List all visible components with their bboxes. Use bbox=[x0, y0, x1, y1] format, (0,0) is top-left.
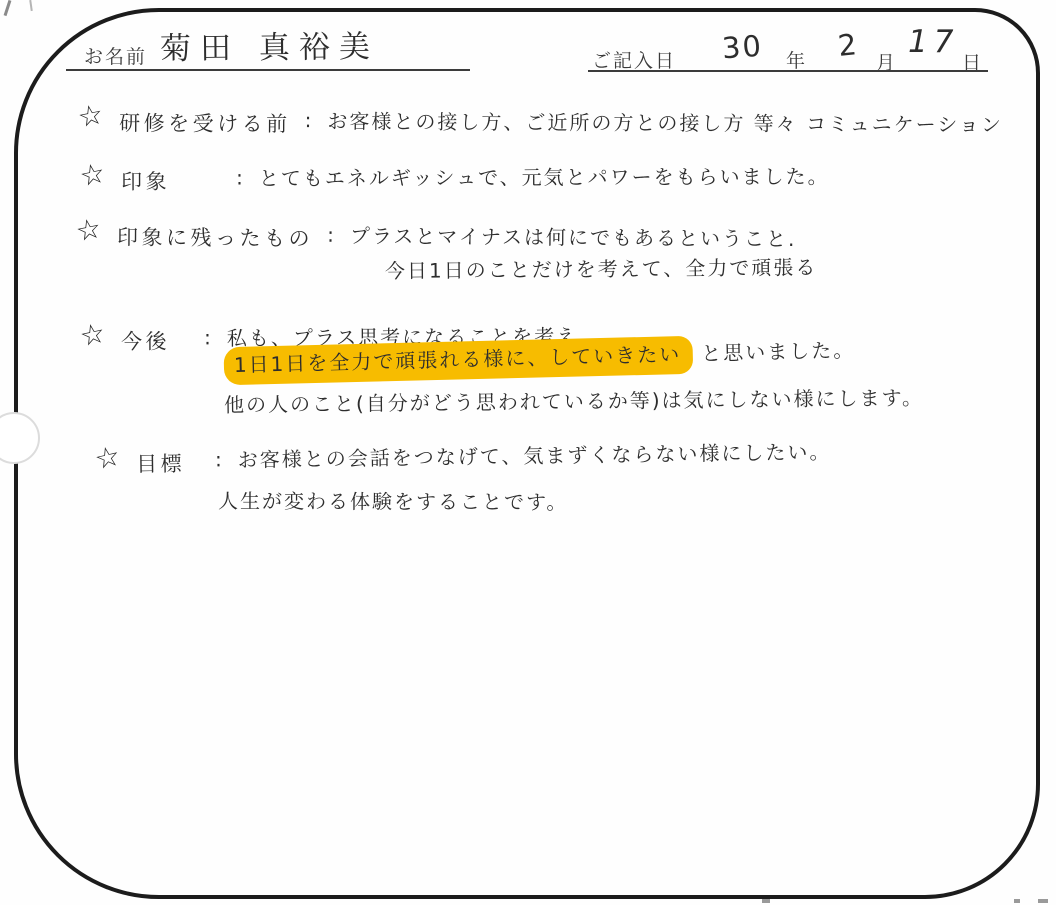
entry-separator: : bbox=[327, 223, 336, 247]
entry-label: 今後 bbox=[121, 326, 170, 356]
date-underline bbox=[588, 70, 988, 72]
entry-text: お客様との会話をつなげて、気まずくならない様にしたい。 bbox=[238, 439, 832, 474]
name-label: お名前 bbox=[84, 42, 147, 69]
date-month-value: 2 bbox=[836, 27, 860, 63]
entry-separator: : bbox=[204, 325, 213, 349]
entry-text: とてもエネルギッシュで、元気とパワーをもらいました。 bbox=[259, 163, 830, 192]
scanned-feedback-form: お名前 菊田 真裕美 ご記入日 30 年 2 月 17 日 ☆ 研修を受ける前 … bbox=[0, 0, 1056, 905]
entry-label: 研修を受ける前 bbox=[119, 107, 291, 138]
entry-separator: : bbox=[236, 165, 245, 189]
form-content: お名前 菊田 真裕美 ご記入日 30 年 2 月 17 日 ☆ 研修を受ける前 … bbox=[0, 0, 1056, 905]
entry-label: 印象 bbox=[121, 166, 170, 196]
entry-text-continued: 人生が変わる体験をすることです。 bbox=[218, 488, 568, 516]
name-field-group: お名前 菊田 真裕美 bbox=[66, 20, 476, 72]
name-value: 菊田 真裕美 bbox=[160, 21, 379, 68]
entry-impression: ☆ 印象 : とてもエネルギッシュで、元気とパワーをもらいました。 bbox=[80, 163, 830, 196]
star-bullet-icon: ☆ bbox=[74, 214, 106, 247]
star-bullet-icon: ☆ bbox=[77, 318, 109, 351]
star-bullet-icon: ☆ bbox=[77, 158, 109, 191]
entry-separator: : bbox=[305, 108, 314, 132]
date-day-value: 17 bbox=[908, 24, 959, 60]
entry-future-highlight-line: 1日1日を全力で頑張れる様に、していきたい と思いました。 bbox=[234, 337, 856, 385]
entry-label: 印象に残ったもの bbox=[117, 221, 313, 252]
year-suffix-label: 年 bbox=[786, 46, 807, 73]
entry-text-continued: 今日1日のことだけを考えて、全力で頑張る bbox=[385, 254, 818, 285]
entry-text-continued: 他の人のこと(自分がどう思われているか等)は気にしない様にします。 bbox=[224, 385, 924, 419]
entry-future-line3: 他の人のこと(自分がどう思われているか等)は気にしない様にします。 bbox=[224, 385, 924, 419]
entry-separator: : bbox=[215, 447, 224, 471]
name-underline bbox=[66, 69, 470, 71]
entry-label: 目標 bbox=[136, 448, 185, 479]
date-label: ご記入日 bbox=[592, 46, 676, 73]
date-field-group: ご記入日 30 年 2 月 17 日 bbox=[588, 28, 992, 76]
entry-memorable-line2: 今日1日のことだけを考えて、全力で頑張る bbox=[385, 254, 818, 285]
entry-text: お客様との接し方、ご近所の方との接し方 等々 コミュニケーション bbox=[327, 108, 1003, 139]
entry-memorable: ☆ 印象に残ったもの : プラスとマイナスは何にでもあるということ. bbox=[76, 221, 797, 256]
entry-before-training: ☆ 研修を受ける前 : お客様との接し方、ご近所の方との接し方 等々 コミュニケ… bbox=[78, 107, 1003, 142]
star-bullet-icon: ☆ bbox=[75, 100, 107, 133]
entry-goal: ☆ 目標 : お客様との会話をつなげて、気まずくならない様にしたい。 bbox=[95, 439, 832, 479]
entry-text: プラスとマイナスは何にでもあるということ. bbox=[350, 223, 797, 253]
star-bullet-icon: ☆ bbox=[92, 441, 125, 474]
entry-text-continued: と思いました。 bbox=[701, 337, 856, 368]
date-year-value: 30 bbox=[721, 29, 764, 66]
entry-goal-line2: 人生が変わる体験をすることです。 bbox=[218, 488, 568, 516]
